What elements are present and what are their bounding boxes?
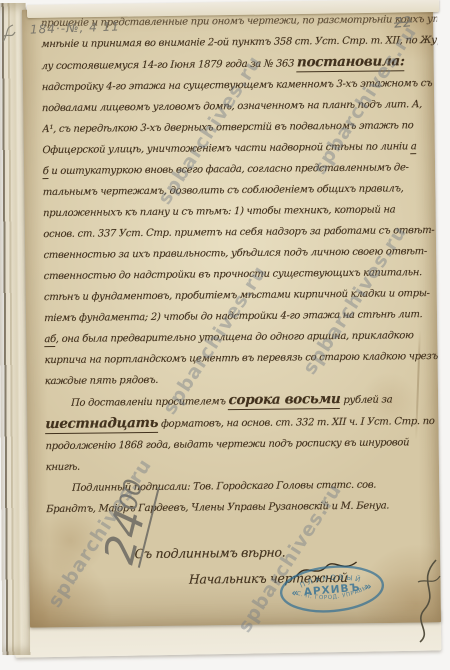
pencil-flourish-right	[406, 552, 448, 647]
archive-stamp: ПЛАНОВЫЙ « АРХИВЪ » С. П. ГОРОД. УПРАВЫ	[275, 559, 389, 618]
margin-scribble	[1, 22, 17, 46]
pencil-page-number: 22	[393, 14, 412, 31]
manuscript-text: прошеніе и представленные при ономъ черт…	[41, 9, 443, 591]
document-photo: прошеніе и представленные при ономъ черт…	[0, 0, 450, 670]
manuscript-line: Съ подлиннымъ вѣрно.	[134, 540, 442, 564]
pencil-price-small: 00	[113, 477, 148, 513]
